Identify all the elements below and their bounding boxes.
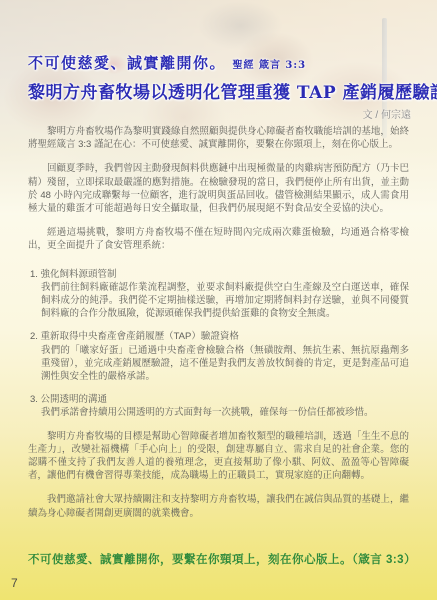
article-body: 黎明方舟畜牧場作為黎明實踐綠自然照顧與提供身心障礙者畜牧職能培訓的基地，始終將聖…: [28, 125, 409, 531]
list-item-title: 1. 強化飼料源頭管制: [30, 268, 409, 281]
article-title: 黎明方舟畜牧場以透明化管理重獲 TAP 產銷履歷驗證: [28, 78, 417, 103]
verse-reference: 聖經 箴言 3:3: [232, 60, 306, 71]
verse-title: 不可使慈愛、誠實離開你。: [28, 54, 226, 72]
magazine-page: 不可使慈愛、誠實離開你。 聖經 箴言 3:3 黎明方舟畜牧場以透明化管理重獲 T…: [0, 0, 437, 600]
paragraph-intro: 黎明方舟畜牧場作為黎明實踐綠自然照顧與提供身心障礙者畜牧職能培訓的基地，始終將聖…: [28, 125, 409, 151]
list-item: 1. 強化飼料源頭管制 我們前往飼料廠確認作業流程調整，並要求飼料廠提供空白生產…: [28, 268, 409, 321]
list-item-text: 我們的「曦家好蛋」已通過中央畜產會檢驗合格（無磺胺劑、無抗生素、無抗原蟲劑多重殘…: [41, 344, 409, 384]
list-item-title: 3. 公開透明的溝通: [30, 393, 409, 406]
measures-list: 1. 強化飼料源頭管制 我們前往飼料廠確認作業流程調整，並要求飼料廠提供空白生產…: [28, 268, 409, 420]
page-number: 7: [11, 576, 18, 590]
byline: 文 / 何宗遠: [363, 106, 411, 121]
article-header: 不可使慈愛、誠實離開你。 聖經 箴言 3:3 黎明方舟畜牧場以透明化管理重獲 T…: [28, 52, 417, 103]
list-item: 2. 重新取得中央畜產會產銷履歷（TAP）驗證資格 我們的「曦家好蛋」已通過中央…: [28, 330, 409, 383]
verse-title-line: 不可使慈愛、誠實離開你。 聖經 箴言 3:3: [28, 52, 417, 73]
list-item-text: 我們承諾會持續用公開透明的方式面對每一次挑戰，確保每一份信任都被珍惜。: [41, 406, 409, 419]
paragraph-challenge: 經過這場挑戰，黎明方舟畜牧場不僅在短時間內完成兩次雞蛋檢驗，均通過合格零檢出，更…: [28, 226, 409, 252]
list-item: 3. 公開透明的溝通 我們承諾會持續用公開透明的方式面對每一次挑戰，確保每一份信…: [28, 393, 409, 419]
paragraph-invitation: 我們邀請社會大眾持續關注和支持黎明方舟畜牧場，讓我們在誠信與品質的基礎上，繼續為…: [28, 493, 409, 519]
paragraph-mission: 黎明方舟畜牧場的目標是幫助心智障礙者增加畜牧類型的職種培訓，透過「生生不息的生產…: [28, 430, 409, 483]
list-item-text: 我們前往飼料廠確認作業流程調整，並要求飼料廠提供空白生產線及空白運送車，確保飼料…: [41, 281, 409, 321]
list-item-title: 2. 重新取得中央畜產會產銷履歷（TAP）驗證資格: [30, 330, 409, 343]
paragraph-recall: 回顧夏季時，我們曾因主動發現飼料供應鏈中出現極微量的肉雞病害預防配方（乃卡巴精）…: [28, 162, 409, 215]
footer-verse: 不可使慈愛、誠實離開你，要繫在你頸項上，刻在你心版上。（箴言 3:3）: [28, 551, 417, 567]
